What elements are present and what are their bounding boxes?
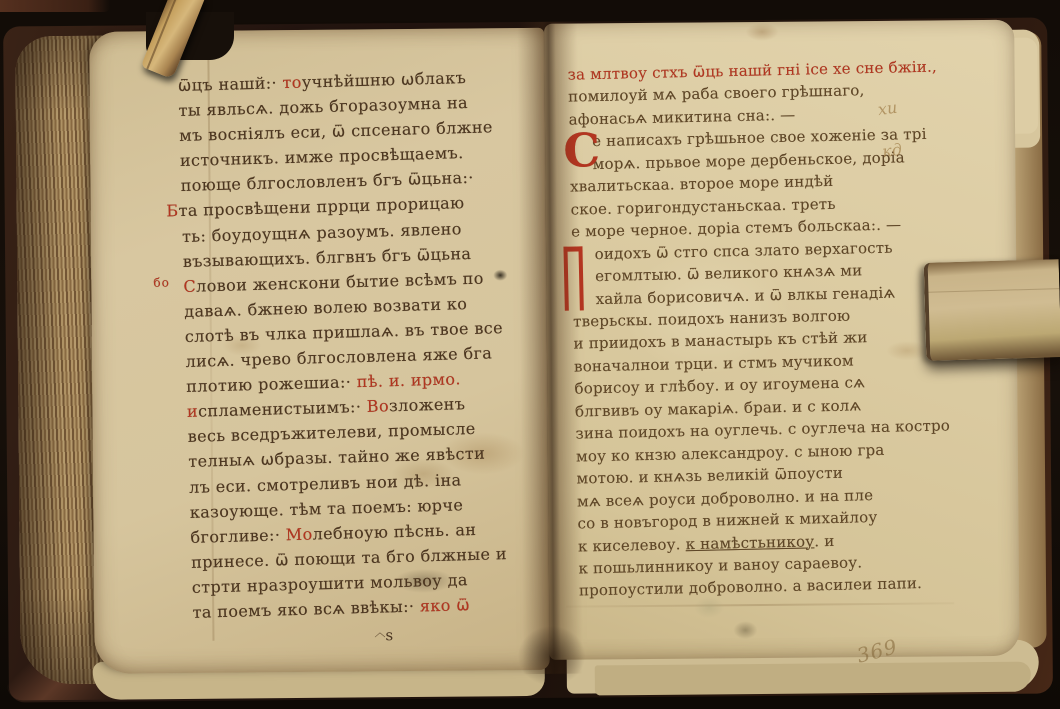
text-segment: афонасьѧ микитина сна:. —	[568, 106, 795, 129]
text-segment: то	[282, 73, 302, 93]
quire-mark-titlo: ︿	[374, 629, 385, 637]
text-segment: Во	[367, 397, 390, 417]
text-segment: егомлтыю. ѿ великого кнѧзѧ ми	[595, 261, 863, 285]
text-segment: хайла борисовичѧ. и ѿ влкы генадіѧ	[595, 283, 895, 308]
binding-edge	[0, 0, 110, 12]
open-book: бо ѿцъ нашй:· тоучнѣйшню ѡблакъты явльсѧ…	[1, 3, 1057, 706]
text-segment: со в новъгород в нижней к михайлоу	[577, 508, 877, 533]
text-segment: ѿцъ нашй:·	[178, 73, 283, 95]
text-segment: плотию рожешиа:·	[186, 372, 357, 396]
text-segment: С	[183, 276, 196, 295]
red-margin-note: бо	[153, 270, 170, 296]
text-segment: учнѣйшню ѡблакъ	[302, 68, 467, 92]
gutter-shadow	[517, 22, 583, 674]
left-page-text: бо ѿцъ нашй:· тоучнѣйшню ѡблакъты явльсѧ…	[178, 63, 565, 625]
margin-note-1: хи	[877, 98, 899, 119]
text-segment: пѣ. и. ирмо.	[356, 369, 461, 391]
text-segment: бгогливе:·	[190, 525, 286, 547]
text-segment: к намѣстьникоу	[685, 532, 814, 553]
text-segment: . и	[814, 531, 835, 549]
wooden-page-weight	[924, 259, 1060, 361]
text-segment: хвалитьскаа. второе море индѣй	[570, 172, 834, 196]
text-segment: к киселевоу.	[578, 535, 686, 555]
underlying-leaf	[595, 662, 1031, 696]
text-segment: Б	[166, 202, 179, 221]
text-segment: та поемъ яко всѧ ввѣкы:·	[192, 596, 420, 621]
text-segment: спламенистыимъ:·	[198, 397, 367, 421]
text-segment: и	[187, 402, 199, 421]
manuscript-photo: бо ѿцъ нашй:· тоучнѣйшню ѡблакъты явльсѧ…	[0, 0, 1060, 709]
margin-note-2: кд	[881, 140, 903, 161]
gutter-bottom-shadow	[506, 607, 597, 688]
text-segment: ское. горигондустаньскаа. треть	[570, 195, 835, 219]
text-segment: помилоуй мѧ раба своего грѣшнаго,	[568, 82, 865, 106]
text-segment: Мо	[285, 524, 312, 544]
text-segment: лебноую пѣснь. ан	[312, 520, 476, 544]
text-segment: яко ѿ	[420, 595, 471, 615]
right-page-text: С за млтвоу стхъ ѿць нашй гні ісе хе сне…	[567, 55, 971, 602]
text-segment: мотою. и кнѧзь великій ѿпоусти	[576, 464, 843, 488]
text-segment: зложенъ	[389, 394, 466, 415]
text-segment: морѧ. прьвое море дербеньское, доріа	[592, 148, 905, 173]
